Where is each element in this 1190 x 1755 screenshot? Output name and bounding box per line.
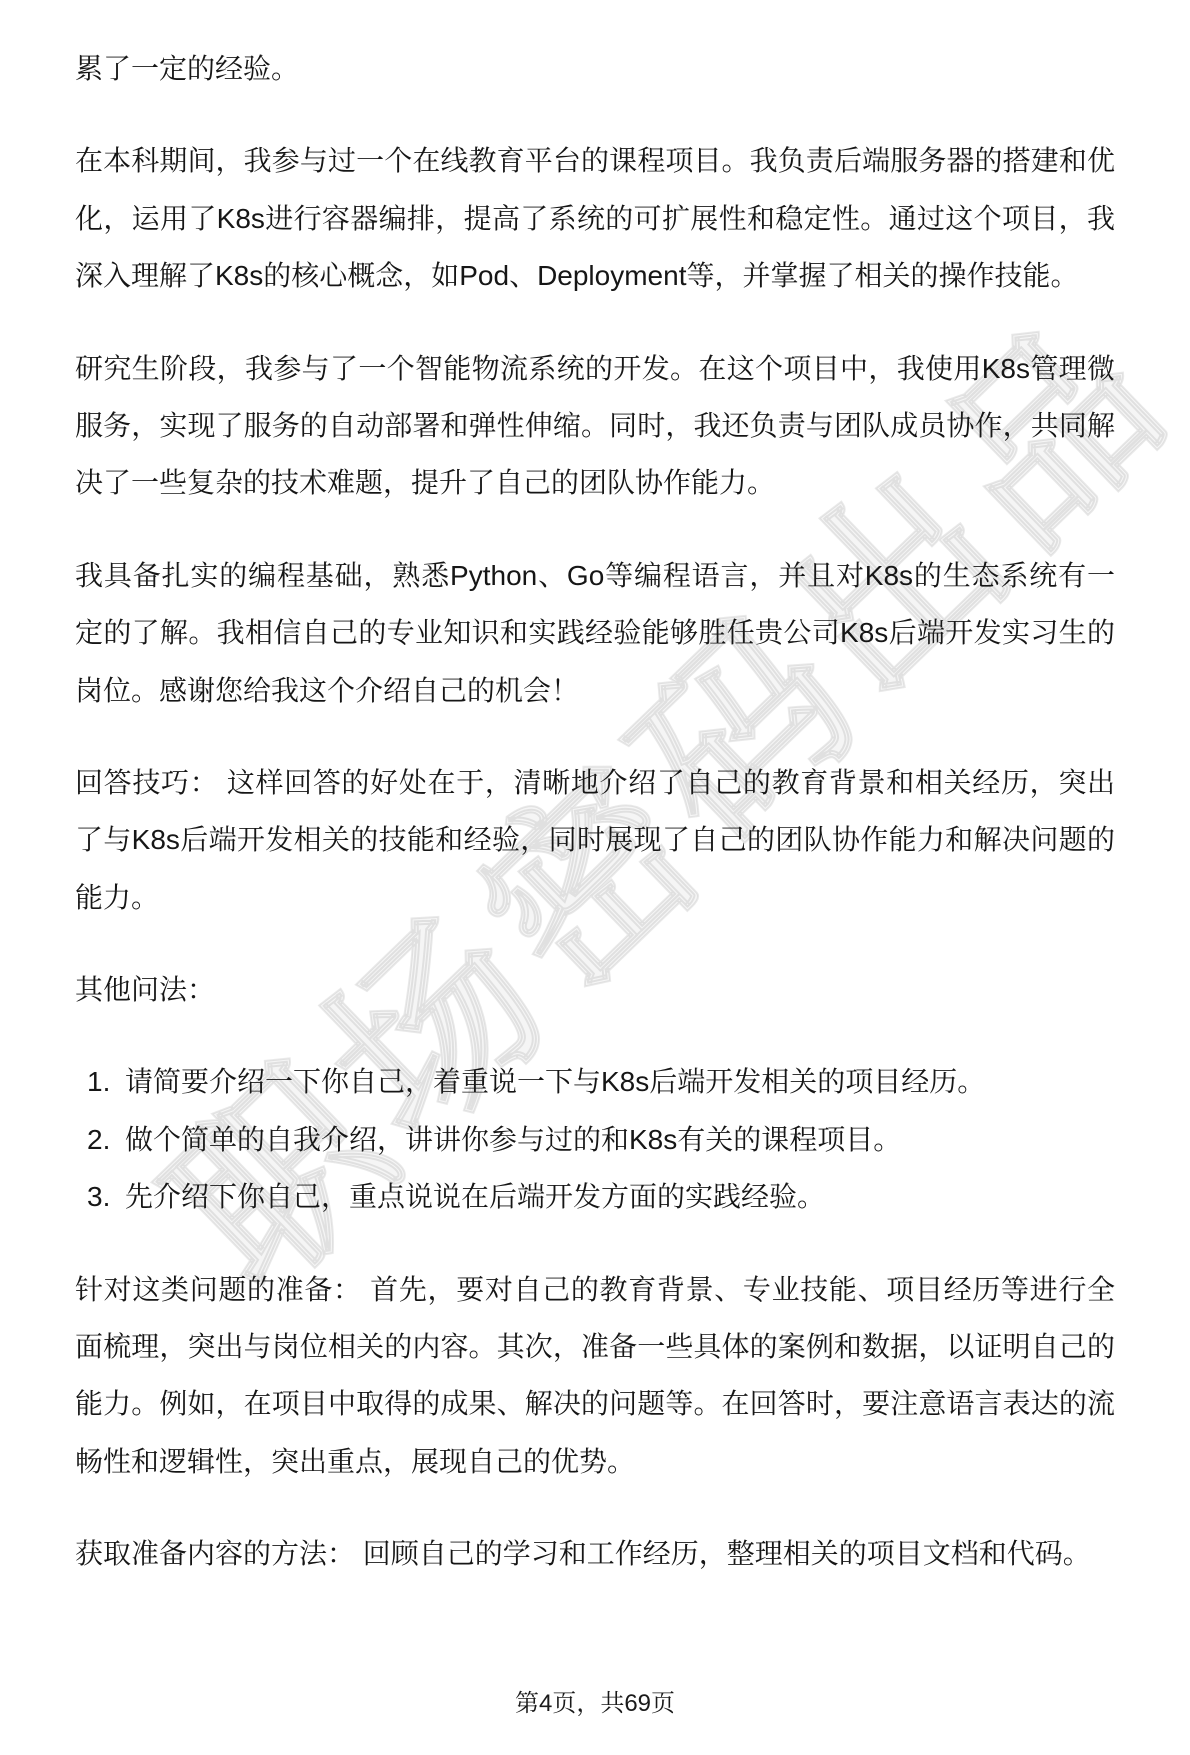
alt-questions-list: 1. 请简要介绍一下你自己，着重说一下与K8s后端开发相关的项目经历。 2. 做…	[75, 1053, 1115, 1225]
paragraph-skills-summary: 我具备扎实的编程基础，熟悉Python、Go等编程语言，并且对K8s的生态系统有…	[75, 547, 1115, 719]
paragraph-undergrad-project: 在本科期间，我参与过一个在线教育平台的课程项目。我负责后端服务器的搭建和优化，运…	[75, 132, 1115, 304]
list-item-marker: 2.	[87, 1111, 125, 1168]
document-content: 累了一定的经验。 在本科期间，我参与过一个在线教育平台的课程项目。我负责后端服务…	[0, 0, 1190, 1583]
paragraph-graduate-project: 研究生阶段，我参与了一个智能物流系统的开发。在这个项目中，我使用K8s管理微服务…	[75, 340, 1115, 512]
list-item: 3. 先介绍下你自己，重点说说在后端开发方面的实践经验。	[87, 1168, 1115, 1225]
document-page: 职场密码出品 累了一定的经验。 在本科期间，我参与过一个在线教育平台的课程项目。…	[0, 0, 1190, 1755]
list-item-marker: 1.	[87, 1053, 125, 1110]
page-number-indicator: 第4页，共69页	[515, 1690, 675, 1717]
list-item-text: 做个简单的自我介绍，讲讲你参与过的和K8s有关的课程项目。	[125, 1111, 1115, 1168]
paragraph-preparation-method: 获取准备内容的方法： 回顾自己的学习和工作经历，整理相关的项目文档和代码。	[75, 1525, 1115, 1582]
list-item: 2. 做个简单的自我介绍，讲讲你参与过的和K8s有关的课程项目。	[87, 1111, 1115, 1168]
paragraph-answer-tips: 回答技巧： 这样回答的好处在于，清晰地介绍了自己的教育背景和相关经历，突出了与K…	[75, 754, 1115, 926]
paragraph-alt-questions-heading: 其他问法：	[75, 961, 1115, 1018]
list-item-marker: 3.	[87, 1168, 125, 1225]
list-item-text: 先介绍下你自己，重点说说在后端开发方面的实践经验。	[125, 1168, 1115, 1225]
paragraph-carryover: 累了一定的经验。	[75, 40, 1115, 97]
list-item: 1. 请简要介绍一下你自己，着重说一下与K8s后端开发相关的项目经历。	[87, 1053, 1115, 1110]
page-footer: 第4页，共69页	[0, 1683, 1190, 1718]
paragraph-preparation-advice: 针对这类问题的准备： 首先，要对自己的教育背景、专业技能、项目经历等进行全面梳理…	[75, 1261, 1115, 1491]
list-item-text: 请简要介绍一下你自己，着重说一下与K8s后端开发相关的项目经历。	[125, 1053, 1115, 1110]
